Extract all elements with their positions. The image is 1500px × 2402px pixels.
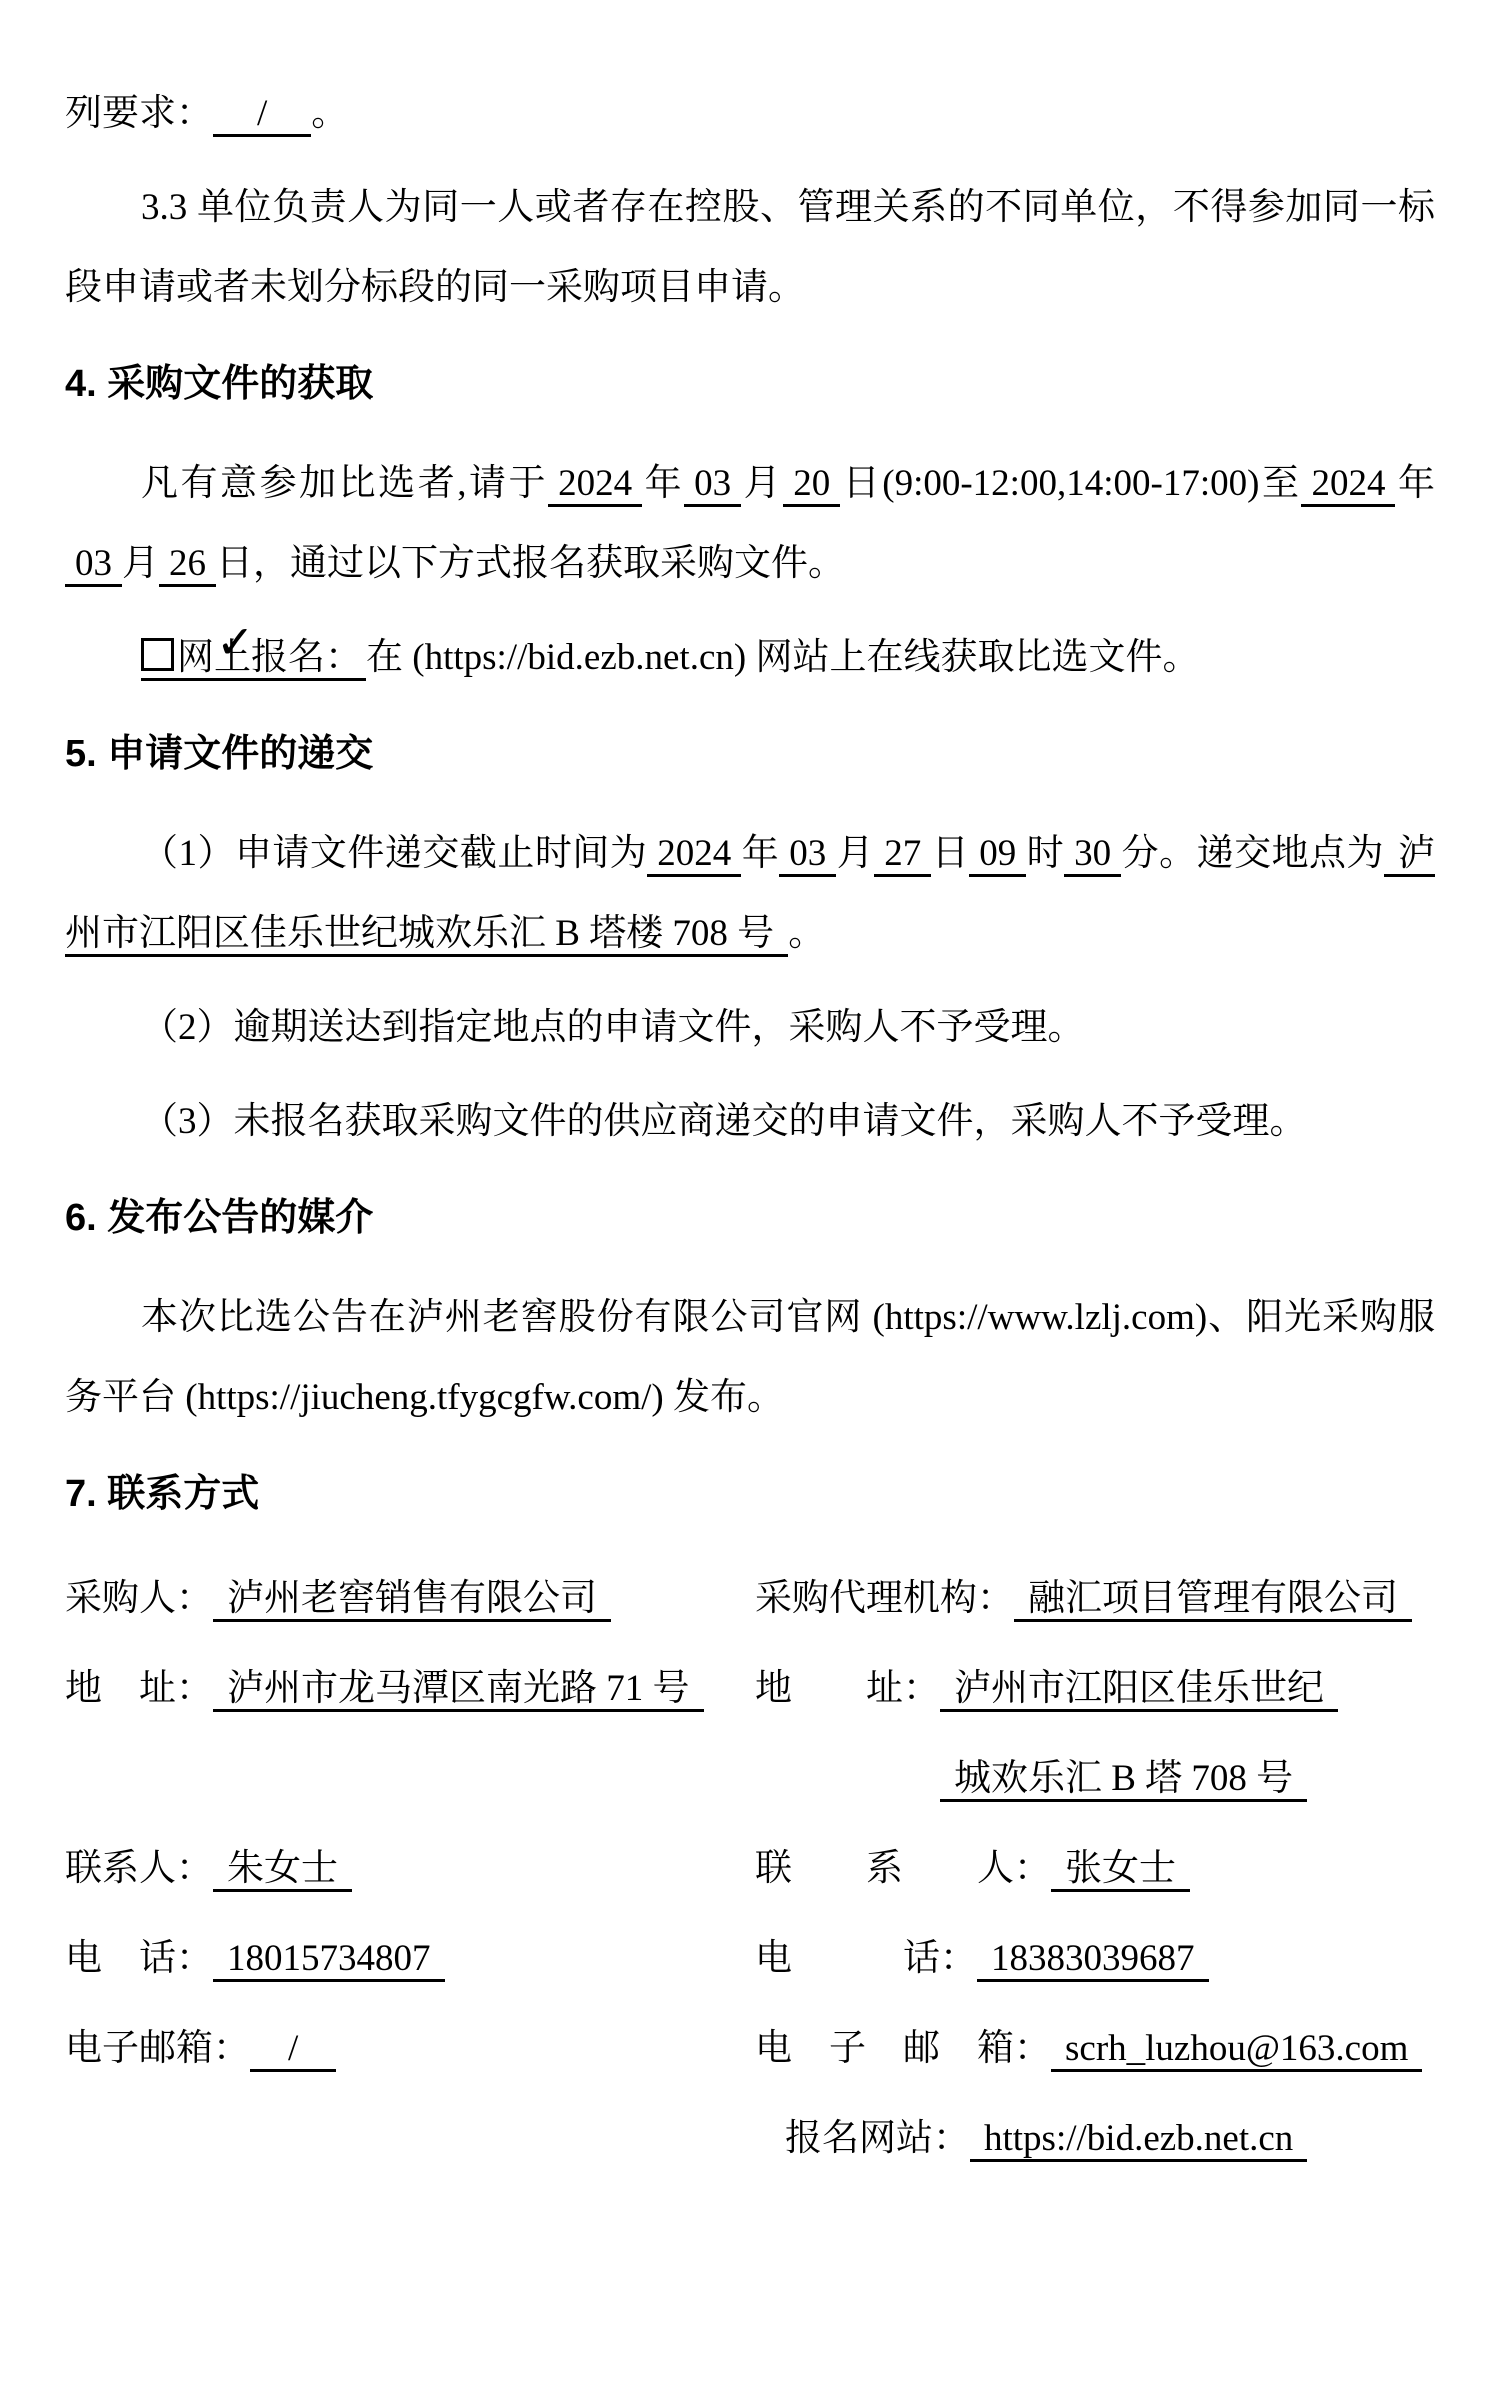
obtain-seg3: 日，通过以下方式报名获取采购文件。 — [216, 543, 845, 584]
deadline-hour-blank: 09 — [969, 833, 1026, 877]
agency-email-label: 电 子 邮 箱： — [755, 2028, 1051, 2069]
signup-website-value: https://bid.ezb.net.cn — [970, 2118, 1307, 2162]
section-5-heading: 5. 申请文件的递交 — [65, 714, 1435, 794]
signup-website-cell: 报名网站：https://bid.ezb.net.cn — [755, 2094, 1435, 2184]
intro-blank: / — [213, 93, 311, 137]
signup-website-label: 报名网站： — [785, 2118, 970, 2159]
agency-value: 融汇项目管理有限公司 — [1014, 1578, 1412, 1622]
deadline-minute-blank: 30 — [1064, 833, 1121, 877]
contact-row-names: 采购人：泸州老窖销售有限公司 采购代理机构：融汇项目管理有限公司 — [65, 1554, 1435, 1644]
obtain-paragraph: 凡有意参加比选者,请于2024年03月20日(9:00-12:00,14:00-… — [65, 444, 1435, 604]
media-paragraph: 本次比选公告在泸州老窖股份有限公司官网 (https://www.lzlj.co… — [65, 1278, 1435, 1438]
deadline-year-unit: 年 — [741, 833, 779, 874]
agency-address-line2: 城欢乐汇 B 塔 708 号 — [940, 1758, 1307, 1802]
agency-phone-label: 电 话： — [755, 1938, 977, 1979]
agency-email-value: scrh_luzhou@163.com — [1051, 2028, 1422, 2072]
purchaser-contact-value: 朱女士 — [213, 1848, 352, 1892]
section-7-heading: 7. 联系方式 — [65, 1454, 1435, 1534]
document-page: 列要求：/。 3.3 单位负责人为同一人或者存在控股、管理关系的不同单位，不得参… — [0, 0, 1500, 2402]
agency-address-label: 地 址： — [755, 1668, 940, 1709]
obtain-month2-unit: 月 — [122, 543, 159, 584]
obtain-year1-unit: 年 — [642, 463, 684, 504]
purchaser-name-cell: 采购人：泸州老窖销售有限公司 — [65, 1554, 755, 1644]
purchaser-phone-cell: 电 话：18015734807 — [65, 1914, 755, 2004]
agency-phone-value: 18383039687 — [977, 1938, 1209, 1982]
purchaser-contact-cell: 联系人：朱女士 — [65, 1824, 755, 1914]
obtain-month1-unit: 月 — [741, 463, 783, 504]
purchaser-contact-label: 联系人： — [65, 1848, 213, 1889]
intro-line: 列要求：/。 — [65, 74, 1435, 154]
obtain-seg1: 凡有意参加比选者,请于 — [141, 463, 548, 504]
intro-period: 。 — [311, 93, 348, 134]
agency-address-line1: 泸州市江阳区佳乐世纪 — [940, 1668, 1338, 1712]
obtain-day1-blank: 20 — [783, 463, 840, 507]
purchaser-address-label: 地 址： — [65, 1668, 213, 1709]
deadline-seg3: 。 — [788, 913, 825, 954]
obtain-month1-blank: 03 — [684, 463, 741, 507]
contact-row-website: 报名网站：https://bid.ezb.net.cn — [65, 2094, 1435, 2184]
agency-contact-cell: 联 系 人：张女士 — [755, 1824, 1435, 1914]
obtain-month2-blank: 03 — [65, 543, 122, 587]
purchaser-value: 泸州老窖销售有限公司 — [213, 1578, 611, 1622]
checked-checkbox-icon: ✓ — [141, 638, 174, 671]
agency-address-value: 泸州市江阳区佳乐世纪城欢乐汇 B 塔 708 号 — [940, 1644, 1338, 1824]
contact-row-addresses: 地 址：泸州市龙马潭区南光路 71 号 地 址：泸州市江阳区佳乐世纪城欢乐汇 B… — [65, 1644, 1435, 1824]
check-mark-icon: ✓ — [140, 619, 255, 665]
purchaser-phone-label: 电 话： — [65, 1938, 213, 1979]
intro-prefix: 列要求： — [65, 93, 213, 134]
purchaser-phone-value: 18015734807 — [213, 1938, 445, 1982]
obtain-year2-blank: 2024 — [1301, 463, 1395, 507]
online-signup-line: ✓网上报名：在 (https://bid.ezb.net.cn) 网站上在线获取… — [65, 618, 1435, 698]
deadline-minute-unit: 分 — [1121, 833, 1159, 874]
online-signup-text: 在 (https://bid.ezb.net.cn) 网站上在线获取比选文件。 — [366, 637, 1199, 678]
section-4-heading: 4. 采购文件的获取 — [65, 344, 1435, 424]
agency-phone-cell: 电 话：18383039687 — [755, 1914, 1435, 2004]
deadline-day-unit: 日 — [931, 833, 969, 874]
submission-item-2: （2）逾期送达到指定地点的申请文件，采购人不予受理。 — [65, 988, 1435, 1068]
deadline-seg1: （1）申请文件递交截止时间为 — [141, 833, 647, 874]
clause-3-3: 3.3 单位负责人为同一人或者存在控股、管理关系的不同单位，不得参加同一标段申请… — [65, 168, 1435, 328]
agency-name-cell: 采购代理机构：融汇项目管理有限公司 — [755, 1554, 1435, 1644]
online-signup-colon: ： — [325, 637, 362, 678]
purchaser-address-cell: 地 址：泸州市龙马潭区南光路 71 号 — [65, 1644, 755, 1824]
obtain-year1-blank: 2024 — [548, 463, 642, 507]
agency-contact-value: 张女士 — [1051, 1848, 1190, 1892]
contact-section: 采购人：泸州老窖销售有限公司 采购代理机构：融汇项目管理有限公司 地 址：泸州市… — [65, 1554, 1435, 2184]
deadline-month-unit: 月 — [836, 833, 874, 874]
submission-item-3: （3）未报名获取采购文件的供应商递交的申请文件，采购人不予受理。 — [65, 1082, 1435, 1162]
deadline-month-blank: 03 — [779, 833, 836, 877]
agency-email-cell: 电 子 邮 箱：scrh_luzhou@163.com — [755, 2004, 1435, 2094]
agency-address-cell: 地 址：泸州市江阳区佳乐世纪城欢乐汇 B 塔 708 号 — [755, 1644, 1435, 1824]
submission-item-1: （1）申请文件递交截止时间为2024年03月27日09时30分。递交地点为泸州市… — [65, 814, 1435, 974]
online-signup-option: ✓网上报名： — [141, 637, 366, 681]
contact-row-phones: 电 话：18015734807 电 话：18383039687 — [65, 1914, 1435, 2004]
obtain-day2-blank: 26 — [159, 543, 216, 587]
website-empty-cell — [65, 2094, 755, 2184]
deadline-day-blank: 27 — [874, 833, 931, 877]
obtain-year2-unit: 年 — [1395, 463, 1435, 504]
deadline-seg2: 。递交地点为 — [1159, 833, 1384, 874]
contact-row-emails: 电子邮箱：/ 电 子 邮 箱：scrh_luzhou@163.com — [65, 2004, 1435, 2094]
purchaser-email-cell: 电子邮箱：/ — [65, 2004, 755, 2094]
obtain-seg2: 日(9:00-12:00,14:00-17:00)至 — [840, 463, 1301, 504]
agency-label: 采购代理机构： — [755, 1578, 1014, 1619]
contact-row-persons: 联系人：朱女士 联 系 人：张女士 — [65, 1824, 1435, 1914]
deadline-year-blank: 2024 — [647, 833, 741, 877]
purchaser-address-value: 泸州市龙马潭区南光路 71 号 — [213, 1668, 704, 1712]
agency-contact-label: 联 系 人： — [755, 1848, 1051, 1889]
section-6-heading: 6. 发布公告的媒介 — [65, 1178, 1435, 1258]
purchaser-email-label: 电子邮箱： — [65, 2028, 250, 2069]
purchaser-label: 采购人： — [65, 1578, 213, 1619]
purchaser-email-blank: / — [250, 2028, 336, 2072]
deadline-hour-unit: 时 — [1026, 833, 1064, 874]
